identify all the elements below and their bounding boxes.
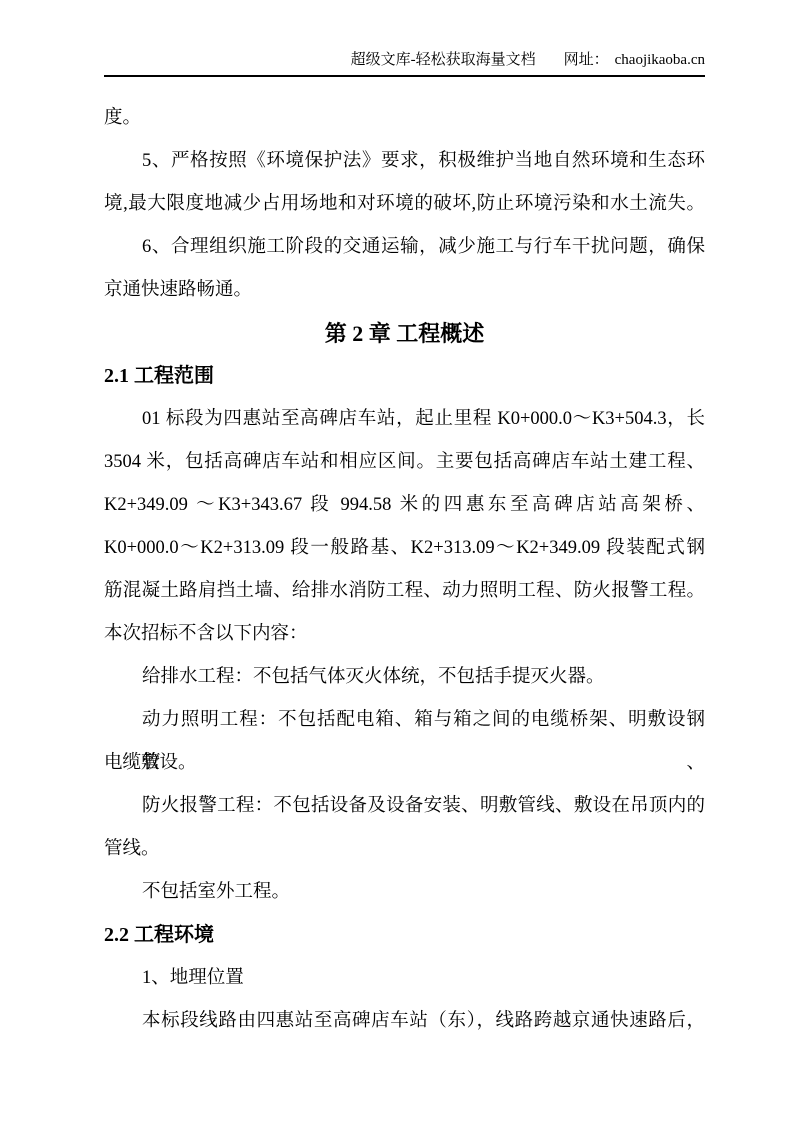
paragraph-line: 筋混凝土路肩挡土墙、给排水消防工程、动力照明工程、防火报警工程。 [104, 570, 705, 613]
paragraph-line: K2+349.09 ～K3+343.67 段 994.58 米的四惠东至高碑店站… [104, 484, 705, 527]
paragraph-line: 防火报警工程：不包括设备及设备安装、明敷管线、敷设在吊顶内的 [104, 785, 705, 828]
paragraph-line: 本标段线路由四惠站至高碑店车站（东），线路跨越京通快速路后， [104, 1000, 705, 1043]
document-content: 度。5、严格按照《环境保护法》要求，积极维护当地自然环境和生态环境,最大限度地减… [104, 97, 705, 1043]
section-heading: 2.2 工程环境 [104, 914, 705, 957]
document-page: 超级文库-轻松获取海量文档网址：chaojikaoba.cn 度。5、严格按照《… [0, 0, 793, 1122]
paragraph-line: 动力照明工程：不包括配电箱、箱与箱之间的电缆桥架、明敷设钢管、 [104, 699, 705, 742]
header-brand: 超级文库-轻松获取海量文档 [351, 52, 536, 68]
paragraph-line: 本次招标不含以下内容： [104, 613, 705, 656]
paragraph-line: 5、严格按照《环境保护法》要求，积极维护当地自然环境和生态环 [104, 140, 705, 183]
paragraph-line: 度。 [104, 97, 705, 140]
paragraph-line: K0+000.0～K2+313.09 段一般路基、K2+313.09～K2+34… [104, 527, 705, 570]
paragraph-line: 京通快速路畅通。 [104, 269, 705, 312]
paragraph-line: 管线。 [104, 828, 705, 871]
paragraph-line: 给排水工程：不包括气体灭火体统，不包括手提灭火器。 [104, 656, 705, 699]
section-heading: 2.1 工程范围 [104, 355, 705, 398]
paragraph-line: 不包括室外工程。 [104, 871, 705, 914]
header-url: chaojikaoba.cn [615, 52, 705, 68]
paragraph-line: 01 标段为四惠站至高碑店车站，起止里程 K0+000.0～K3+504.3，长 [104, 398, 705, 441]
paragraph-line: 1、地理位置 [104, 957, 705, 1000]
page-header: 超级文库-轻松获取海量文档网址：chaojikaoba.cn [104, 50, 705, 77]
paragraph-line: 3504 米，包括高碑店车站和相应区间。主要包括高碑店车站土建工程、 [104, 441, 705, 484]
paragraph-line: 境,最大限度地减少占用场地和对环境的破坏,防止环境污染和水土流失。 [104, 183, 705, 226]
header-url-label: 网址： [564, 52, 609, 68]
paragraph-line: 6、合理组织施工阶段的交通运输，减少施工与行车干扰问题，确保 [104, 226, 705, 269]
chapter-heading: 第 2 章 工程概述 [104, 312, 705, 355]
